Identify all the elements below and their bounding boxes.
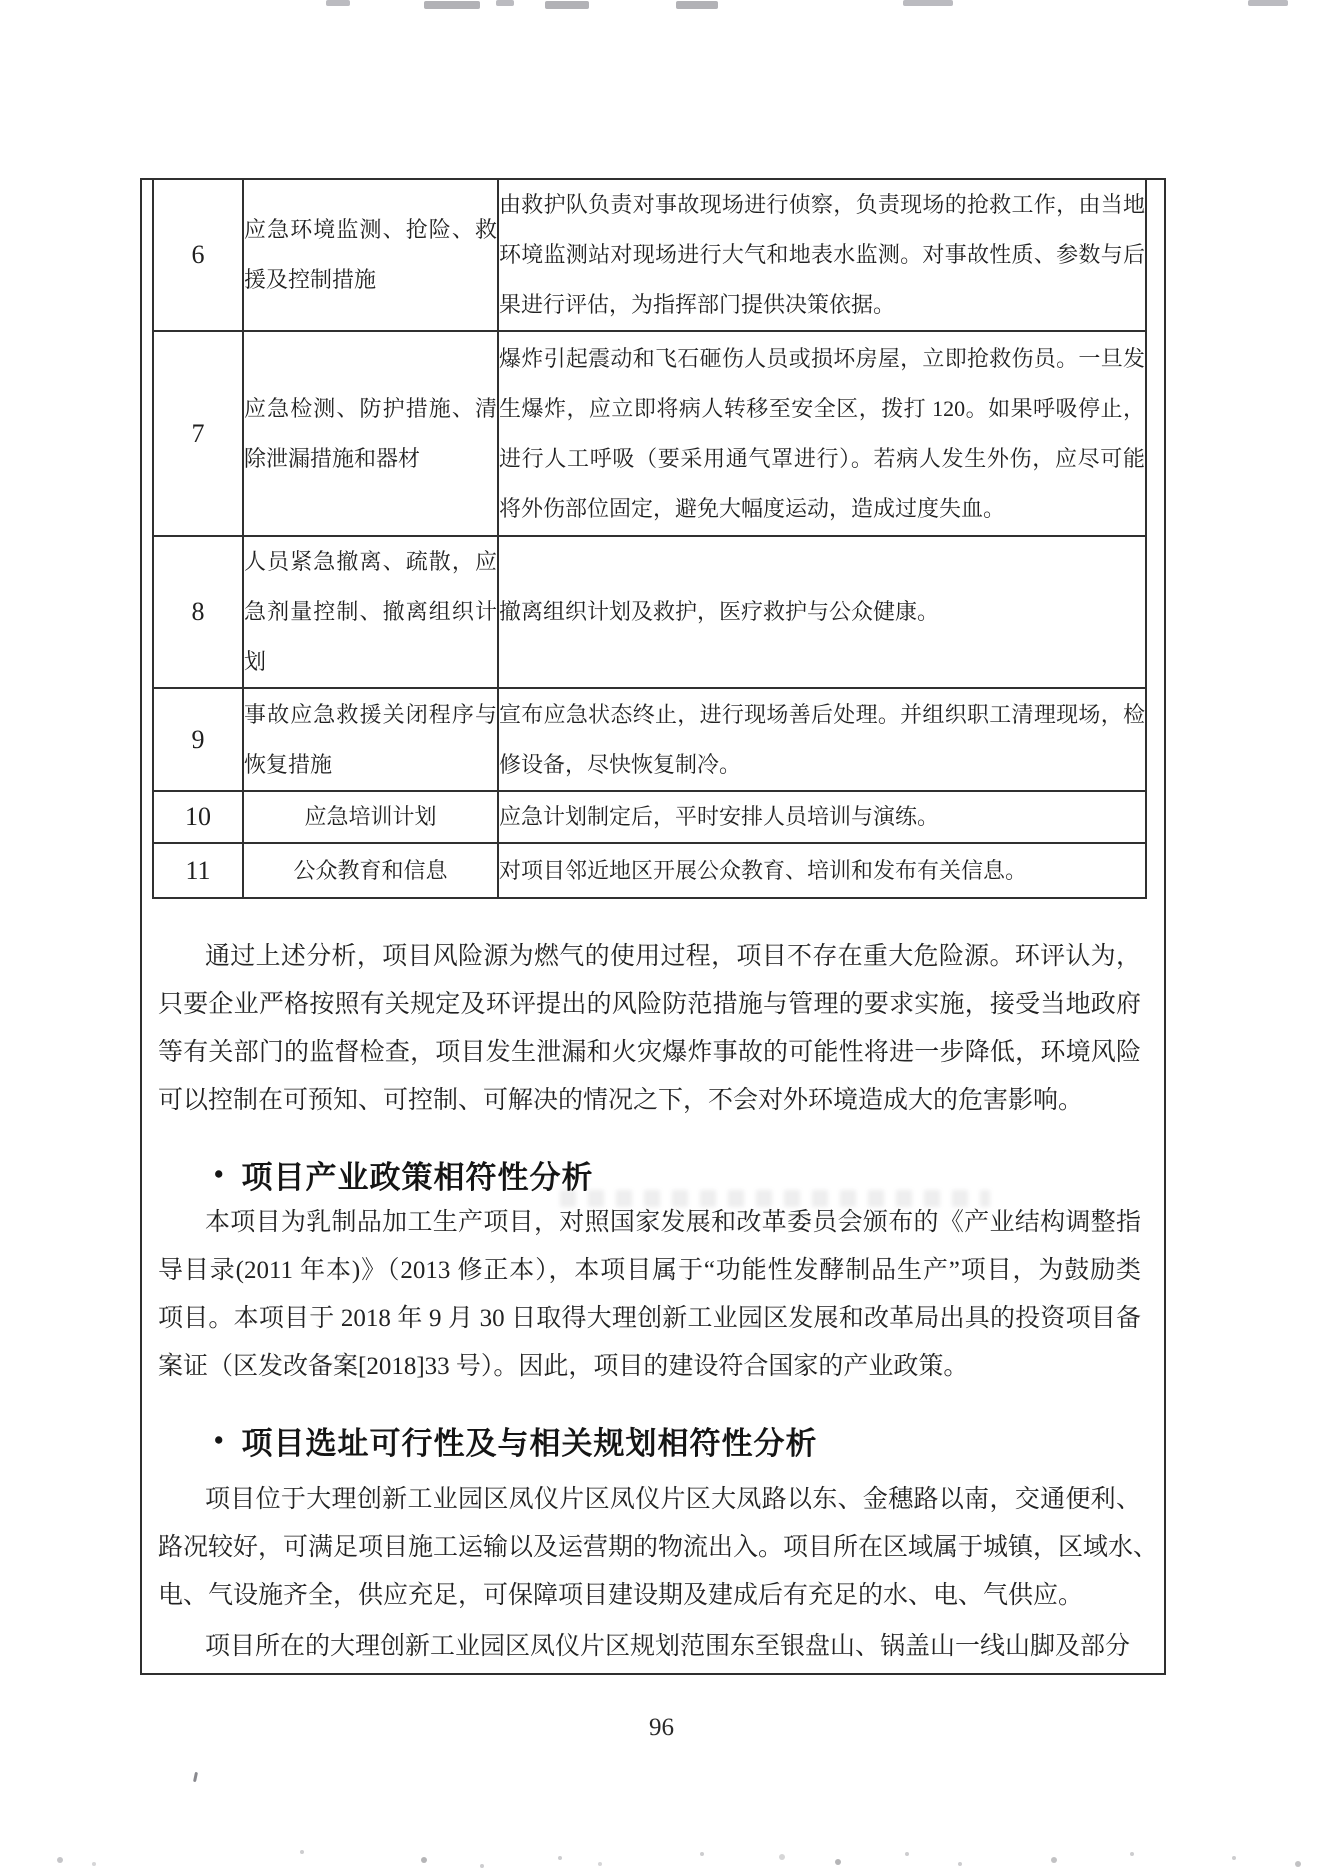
text-line: 电、气设施齐全，供应充足，可保障项目建设期及建成后有充足的水、电、气供应。 [158, 1572, 1141, 1620]
scan-artifact-dash [1248, 0, 1288, 6]
emergency-measures-table: 6 应急环境监测、抢险、救援及控制措施 由救护队负责对事故现场进行侦察，负责现场… [152, 178, 1147, 899]
row-number: 9 [153, 688, 243, 791]
text-line: 可以控制在可预知、可控制、可解决的情况之下，不会对外环境造成大的危害影响。 [158, 1077, 1141, 1125]
row-content: 宣布应急状态终止，进行现场善后处理。并组织职工清理现场，检修设备，尽快恢复制冷。 [498, 688, 1146, 791]
bullet-icon: • [214, 1418, 224, 1462]
text-line: 项目。本项目于 2018 年 9 月 30 日取得大理创新工业园区发展和改革局出… [158, 1295, 1141, 1343]
row-content: 爆炸引起震动和飞石砸伤人员或损坏房屋，立即抢救伤员。一旦发生爆炸，应立即将病人转… [498, 331, 1146, 536]
text-line: 路况较好，可满足项目施工运输以及运营期的物流出入。项目所在区域属于城镇，区域水、 [158, 1524, 1141, 1572]
row-number: 7 [153, 331, 243, 536]
row-label: 公众教育和信息 [243, 843, 498, 898]
row-content: 撤离组织计划及救护，医疗救护与公众健康。 [498, 536, 1146, 688]
text-line: 项目所在的大理创新工业园区凤仪片区规划范围东至银盘山、锅盖山一线山脚及部分 [158, 1623, 1141, 1671]
row-content: 应急计划制定后，平时安排人员培训与演练。 [498, 791, 1146, 843]
scan-artifact-speckles [0, 0, 4, 4]
row-label: 人员紧急撤离、疏散，应急剂量控制、撤离组织计划 [243, 536, 498, 688]
table-row: 11 公众教育和信息 对项目邻近地区开展公众教育、培训和发布有关信息。 [153, 843, 1146, 898]
scan-artifact-dash [326, 0, 350, 6]
table-row: 8 人员紧急撤离、疏散，应急剂量控制、撤离组织计划 撤离组织计划及救护，医疗救护… [153, 536, 1146, 688]
text-line: 导目录(2011 年本)》（2013 修正本），本项目属于“功能性发酵制品生产”… [158, 1247, 1141, 1295]
scan-artifact-dash [676, 1, 718, 9]
paragraph-planning-scope: 项目所在的大理创新工业园区凤仪片区规划范围东至银盘山、锅盖山一线山脚及部分 [158, 1623, 1141, 1671]
text-line: 只要企业严格按照有关规定及环评提出的风险防范措施与管理的要求实施，接受当地政府 [158, 981, 1141, 1029]
scan-artifact-dash [496, 0, 514, 6]
paragraph-risk-conclusion: 通过上述分析，项目风险源为燃气的使用过程，项目不存在重大危险源。环评认为， 只要… [158, 933, 1141, 1125]
text-line: 通过上述分析，项目风险源为燃气的使用过程，项目不存在重大危险源。环评认为， [158, 933, 1141, 981]
section-heading-industrial-policy: • 项目产业政策相符性分析 [214, 1152, 593, 1196]
table-row: 6 应急环境监测、抢险、救援及控制措施 由救护队负责对事故现场进行侦察，负责现场… [153, 179, 1146, 331]
bullet-icon: • [214, 1152, 224, 1196]
table-row: 7 应急检测、防护措施、清除泄漏措施和器材 爆炸引起震动和飞石砸伤人员或损坏房屋… [153, 331, 1146, 536]
table-row: 10 应急培训计划 应急计划制定后，平时安排人员培训与演练。 [153, 791, 1146, 843]
row-label: 应急培训计划 [243, 791, 498, 843]
text-line: 等有关部门的监督检查，项目发生泄漏和火灾爆炸事故的可能性将进一步降低，环境风险 [158, 1029, 1141, 1077]
row-label: 应急环境监测、抢险、救援及控制措施 [243, 179, 498, 331]
paragraph-industrial-policy: 本项目为乳制品加工生产项目，对照国家发展和改革委员会颁布的《产业结构调整指 导目… [158, 1199, 1141, 1391]
text-line: 项目位于大理创新工业园区凤仪片区凤仪片区大凤路以东、金穗路以南，交通便利、 [158, 1476, 1141, 1524]
heading-text: 项目选址可行性及与相关规划相符性分析 [241, 1418, 817, 1463]
paragraph-site-location: 项目位于大理创新工业园区凤仪片区凤仪片区大凤路以东、金穗路以南，交通便利、 路况… [158, 1476, 1141, 1620]
row-content: 由救护队负责对事故现场进行侦察，负责现场的抢救工作，由当地环境监测站对现场进行大… [498, 179, 1146, 331]
table-row: 9 事故应急救援关闭程序与恢复措施 宣布应急状态终止，进行现场善后处理。并组织职… [153, 688, 1146, 791]
row-number: 11 [153, 843, 243, 898]
row-number: 8 [153, 536, 243, 688]
text-line: 本项目为乳制品加工生产项目，对照国家发展和改革委员会颁布的《产业结构调整指 [158, 1199, 1141, 1247]
scanned-document-page: { "document": { "page_number": "96" }, "… [0, 0, 1323, 1871]
scan-artifact-dash [424, 1, 480, 9]
row-label: 应急检测、防护措施、清除泄漏措施和器材 [243, 331, 498, 536]
row-number: 6 [153, 179, 243, 331]
scan-artifact-tick [193, 1772, 198, 1782]
section-heading-site-selection: • 项目选址可行性及与相关规划相符性分析 [214, 1418, 817, 1462]
row-label: 事故应急救援关闭程序与恢复措施 [243, 688, 498, 791]
scan-artifact-dash [903, 0, 953, 6]
row-content: 对项目邻近地区开展公众教育、培训和发布有关信息。 [498, 843, 1146, 898]
scan-artifact-dash [545, 1, 589, 9]
page-number: 96 [0, 1714, 1323, 1742]
row-number: 10 [153, 791, 243, 843]
text-line: 案证（区发改备案[2018]33 号）。因此，项目的建设符合国家的产业政策。 [158, 1343, 1141, 1391]
heading-text: 项目产业政策相符性分析 [241, 1152, 593, 1197]
